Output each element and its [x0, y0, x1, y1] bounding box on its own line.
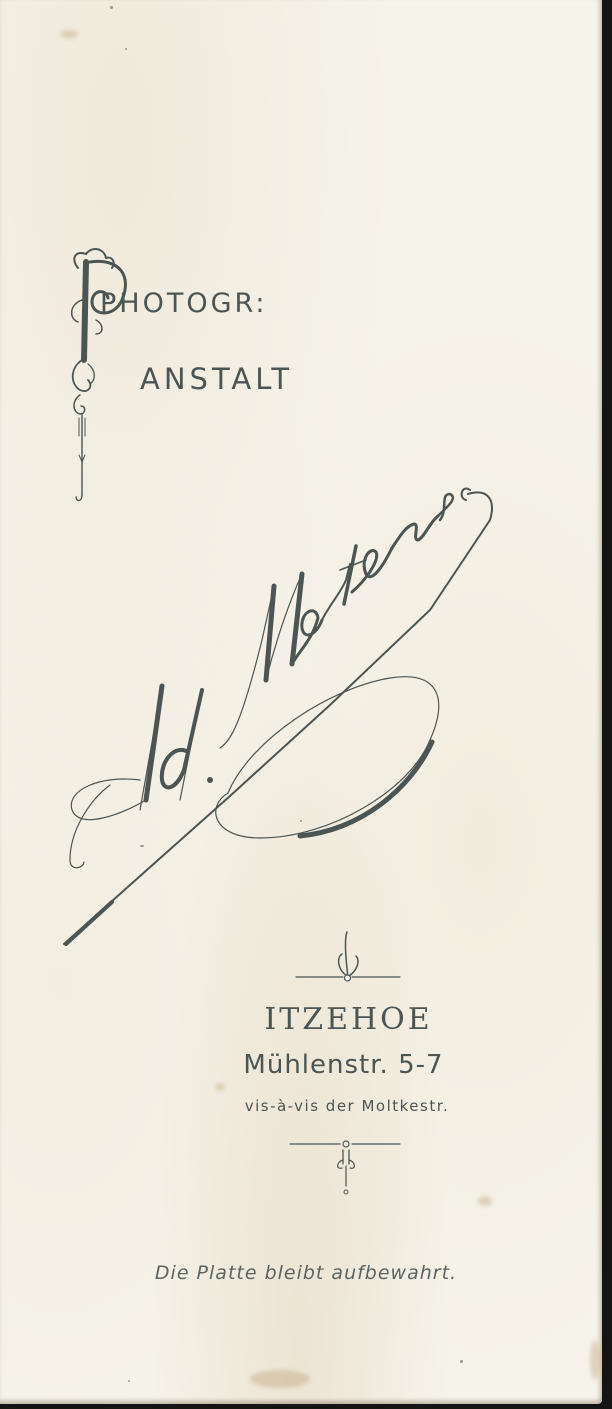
foxing-stain — [215, 1083, 225, 1091]
street-address: Mühlenstr. 5-7 — [0, 1050, 602, 1080]
foxing-stain — [60, 30, 78, 38]
foxing-stain — [250, 1370, 310, 1388]
photo-card-back: PHOTOGR: ANSTALT — [0, 0, 602, 1404]
speck — [300, 820, 302, 822]
negative-retained-note: Die Platte bleibt aufbewahrt. — [0, 1262, 602, 1284]
fleuron-bottom-icon — [290, 1141, 400, 1194]
signature-flourish-icon — [64, 489, 492, 944]
address-landmark: vis-à-vis der Moltkestr. — [0, 1097, 602, 1115]
speck — [128, 1380, 130, 1382]
fleuron-top-icon — [296, 932, 400, 981]
speck — [110, 6, 113, 9]
foxing-stain — [478, 1196, 492, 1206]
speck — [125, 48, 127, 50]
speck — [460, 1360, 463, 1363]
initial-flourish-icon — [72, 249, 126, 500]
foxing-stain — [590, 1340, 600, 1380]
ornament-layer — [0, 0, 602, 1404]
city-name: ITZEHOE — [0, 1002, 602, 1037]
speck — [140, 845, 144, 847]
